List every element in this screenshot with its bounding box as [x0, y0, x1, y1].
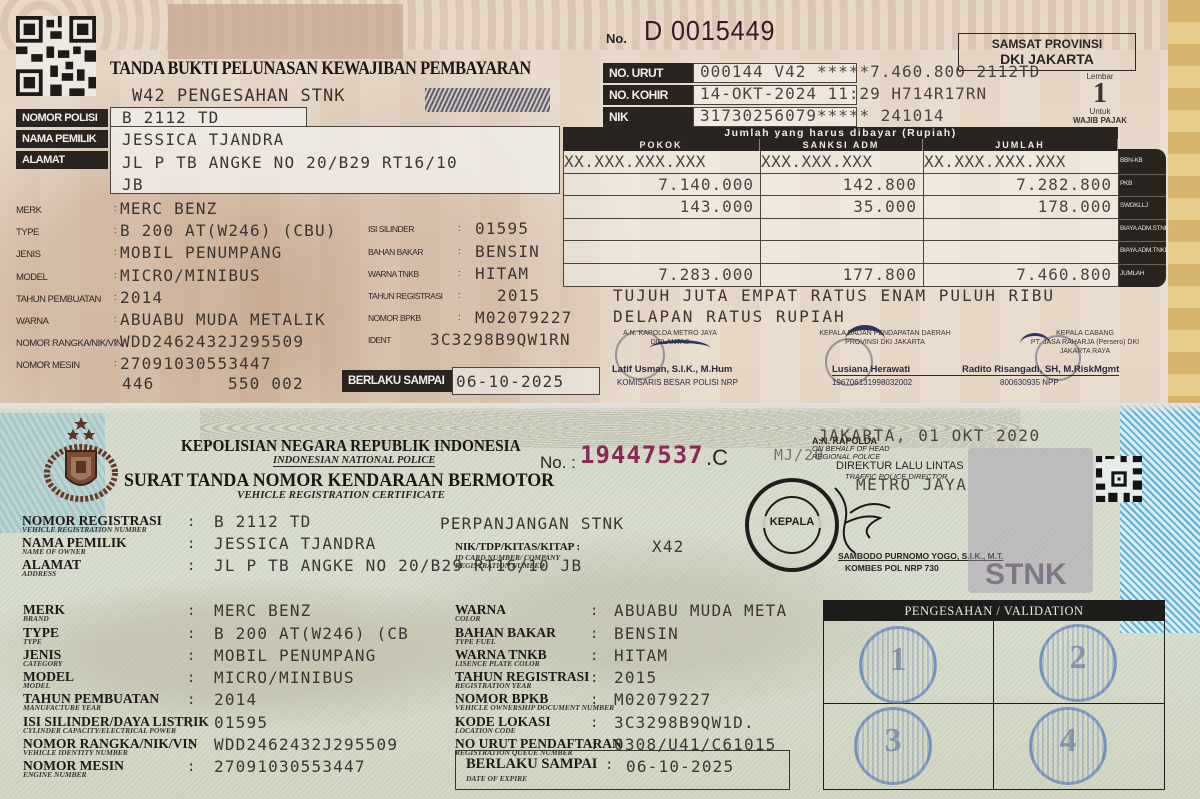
stnk-field-colon: :	[590, 670, 598, 686]
vehicle-value: B 200 AT(W246) (CBU)	[120, 221, 337, 240]
stnk-header-field-value: JESSICA TJANDRA	[214, 534, 377, 553]
vehicle-value: ABUABU MUDA METALIK	[120, 310, 326, 329]
vehicle-label: TAHUN REGISTRASI	[368, 291, 443, 301]
sig3-nrp: 800630935 NPP	[1000, 378, 1059, 387]
stnk-field-value: M02079227	[614, 690, 712, 709]
amount-in-words: TUJUH JUTA EMPAT RATUS ENAM PULUH RIBU D…	[613, 285, 1055, 327]
stnk-field-sublabel: TYPE FUEL	[455, 638, 496, 646]
qr-code-icon	[1096, 456, 1142, 502]
stnk-field-value: 3C3298B9QW1D.	[614, 713, 755, 732]
lembar-bottom1: Untuk	[1070, 107, 1130, 116]
validation-stamp-icon: 3	[854, 707, 932, 785]
payment-cell-jumlah: XX.XXX.XXX.XXX	[924, 151, 1119, 173]
vehicle-value: 27091030553447	[120, 354, 272, 373]
sig3-name: Radito Risangadi, SH, M.RiskMgmt	[962, 364, 1119, 376]
stnk-field-sublabel: VEHICLE IDENTITY NUMBER	[23, 749, 128, 757]
payment-row-label: JUMLAH	[1120, 270, 1144, 277]
row-divider	[1118, 196, 1166, 197]
validation-stamp-icon: 1	[859, 626, 937, 704]
stnk-header-field-colon: :	[187, 558, 195, 574]
certificate-number-suffix: .C	[706, 445, 728, 471]
vehicle-label: TAHUN PEMBUATAN	[16, 294, 101, 305]
vehicle-label: TYPE	[16, 227, 39, 238]
sig3-title: KEPALA CABANG PT. JASA RAHARJA (Persero)…	[1030, 329, 1140, 356]
sig1-name: Latif Usman, S.I.K., M.Hum	[612, 364, 732, 375]
row-divider	[1118, 241, 1166, 242]
stnk-field-value: 2014	[214, 690, 257, 709]
payment-table-header: POKOK SANKSI ADM JUMLAH	[563, 139, 1118, 151]
alamat-value-line2: JB	[122, 175, 144, 194]
payment-cell-jumlah	[924, 241, 1119, 263]
lembar-number: 1	[1070, 81, 1130, 107]
sig2-title2: PROVINSI DKI JAKARTA	[815, 338, 955, 347]
vehicle-value: 01595	[475, 219, 529, 238]
vehicle-value: MERC BENZ	[120, 199, 218, 218]
samsat-line1: SAMSAT PROVINSI	[959, 37, 1135, 51]
stnk-header-field-value: B 2112 TD	[214, 512, 312, 531]
vehicle-colon: :	[114, 203, 116, 214]
vehicle-label: NOMOR BPKB	[368, 313, 421, 323]
col-sanksi: SANKSI ADM	[760, 139, 923, 151]
berlaku-sampai-label: BERLAKU SAMPAI	[342, 370, 452, 392]
doc-number: D 0015449	[644, 15, 775, 47]
vehicle-label: WARNA TNKB	[368, 269, 419, 279]
director-title: DIREKTUR LALU LINTAS	[836, 460, 964, 472]
security-strip	[1168, 0, 1200, 403]
receipt-subtitle: W42 PENGESAHAN STNK	[132, 86, 345, 106]
vehicle-label: NOMOR RANGKA/NIK/VIN	[16, 338, 122, 349]
payment-cell-sanksi	[761, 241, 924, 263]
amount-in-words-line1: TUJUH JUTA EMPAT RATUS ENAM PULUH RIBU	[613, 285, 1055, 306]
sig2-title1: KEPALA BADAN PENDAPATAN DAERAH	[815, 329, 955, 338]
stnk-header-field-value: JL P TB ANGKE NO 20/B29 RT16/10 JB	[214, 556, 582, 575]
payment-table: Jumlah yang harus dibayar (Rupiah) POKOK…	[563, 127, 1166, 287]
stnk-field-sublabel: REGISTRATION YEAR	[455, 682, 531, 690]
stnk-field-value: 01595	[214, 713, 268, 732]
payment-cell-sanksi: 142.800	[761, 174, 924, 196]
stnk-field-colon: :	[187, 626, 195, 642]
certificate-number-label: No. :	[540, 453, 576, 473]
stnk-field-value: MERC BENZ	[214, 601, 312, 620]
payment-cell-jumlah	[924, 219, 1119, 241]
stnk-field-colon: :	[187, 692, 195, 708]
vehicle-label: WARNA	[16, 316, 49, 327]
validation-number: 2	[1042, 639, 1114, 677]
stnk-field-colon: :	[187, 670, 195, 686]
vehicle-colon: :	[114, 358, 116, 369]
stamp-label: KEPALA	[753, 516, 831, 528]
stnk-field-sublabel: BRAND	[23, 615, 49, 623]
signature-icon	[830, 483, 900, 558]
vehicle-label: JENIS	[16, 249, 40, 260]
nik-value: X42	[652, 537, 685, 556]
payment-cell-pokok	[564, 241, 761, 263]
vehicle-value: M02079227	[475, 308, 573, 327]
stnk-field-sublabel: REGISTRATION QUEUE NUMBER	[455, 749, 573, 757]
alamat-value-line1: JL P TB ANGKE NO 20/B29 RT16/10	[122, 153, 458, 172]
vehicle-colon: :	[458, 290, 460, 301]
col-pokok: POKOK	[563, 139, 760, 151]
vehicle-value: 2015	[497, 286, 540, 305]
vehicle-value: 3C3298B9QW1RN	[430, 330, 571, 349]
validation-stamp-icon: 4	[1029, 707, 1107, 785]
doc-number-label: No.	[606, 31, 627, 46]
validation-slot: 3	[824, 704, 994, 789]
vehicle-value: MICRO/MINIBUS	[120, 266, 261, 285]
payment-row	[564, 241, 1119, 264]
validation-title: PENGESAHAN / VALIDATION	[824, 601, 1164, 621]
stnk-field-colon: :	[590, 603, 598, 619]
vehicle-colon: :	[458, 246, 460, 257]
payment-table-title: Jumlah yang harus dibayar (Rupiah)	[563, 127, 1118, 139]
validation-number: 4	[1032, 722, 1104, 760]
payment-cell-pokok: XX.XXX.XXX.XXX	[564, 151, 761, 173]
amount-in-words-line2: DELAPAN RATUS RUPIAH	[613, 306, 1055, 327]
stnk-field-value: HITAM	[614, 646, 668, 665]
police-emblem-icon	[40, 415, 122, 503]
payment-cell-jumlah: 178.000	[924, 196, 1119, 218]
id-value-1: 14-OKT-2024 11:29 H714R17RN	[700, 84, 987, 103]
sig1-title1: A.N. KAPOLDA METRO JAYA	[620, 329, 720, 338]
on-behalf: A.N. KAPOLDA ON BEHALF OF HEAD REGIONAL …	[812, 437, 890, 461]
sig1-title: A.N. KAPOLDA METRO JAYA DIRLANTAS	[620, 329, 720, 347]
payment-cell-jumlah: 7.460.800	[924, 264, 1119, 286]
row-labels: BBN-KBPKBSWDKLLJBIAYA ADM.STNKBIAYA ADM.…	[1118, 149, 1166, 287]
col-jumlah: JUMLAH	[923, 139, 1118, 151]
payment-receipt: TANDA BUKTI PELUNASAN KEWAJIBAN PEMBAYAR…	[0, 0, 1200, 403]
nik-label: NIK/TDP/KITAS/KITAP :	[455, 541, 580, 553]
sig3-title1: KEPALA CABANG	[1030, 329, 1140, 338]
stnk-field-colon: :	[187, 648, 195, 664]
sig2-title: KEPALA BADAN PENDAPATAN DAERAH PROVINSI …	[815, 329, 955, 347]
agency-title-en: INDONESIAN NATIONAL POLICE	[273, 455, 435, 467]
validation-number: 3	[857, 722, 929, 760]
payment-cell-sanksi: 177.800	[761, 264, 924, 286]
stnk-field-sublabel: TYPE	[23, 638, 42, 646]
payment-row-label: SWDKLLJ	[1120, 202, 1148, 209]
stnk-field-sublabel: MODEL	[23, 682, 50, 690]
validation-slot: 1	[824, 621, 994, 704]
stnk-field-value: 0308/U41/C61015	[614, 735, 777, 754]
nama-pemilik-label: NAMA PEMILIK	[16, 130, 108, 148]
vehicle-colon: :	[114, 314, 116, 325]
stnk-field-value: ABUABU MUDA META	[614, 601, 787, 620]
id-value-0: 000144 V42 *****7.460.800 2112TD	[700, 62, 1040, 81]
sig3-title2: PT. JASA RAHARJA (Persero) DKI JAKARTA R…	[1030, 338, 1140, 356]
stnk-field-colon: :	[590, 737, 598, 753]
payment-row: 143.00035.000178.000	[564, 196, 1119, 219]
payment-row-label: PKB	[1120, 180, 1132, 187]
sig2-nrp: 196706131998032002	[832, 378, 912, 387]
vehicle-colon: :	[458, 223, 460, 234]
validation-box: PENGESAHAN / VALIDATION 1234	[823, 600, 1165, 790]
payment-cell-pokok: 7.140.000	[564, 174, 761, 196]
stnk-field-value: B 200 AT(W246) (CB	[214, 624, 409, 643]
stnk-field-colon: :	[187, 603, 195, 619]
vehicle-label: IDENT	[368, 335, 391, 345]
stnk-field-colon: :	[590, 626, 598, 642]
row-divider	[1118, 219, 1166, 220]
payment-cell-jumlah: 7.282.800	[924, 174, 1119, 196]
stnk-field-sublabel: COLOR	[455, 615, 480, 623]
stnk-field-sublabel: LOCATION CODE	[455, 727, 516, 735]
vehicle-label: NOMOR MESIN	[16, 360, 80, 371]
validation-slot: 2	[994, 621, 1165, 704]
stnk-header-field-colon: :	[187, 514, 195, 530]
vehicle-colon: :	[114, 270, 116, 281]
sig2-name: Lusiana Herawati	[832, 364, 970, 376]
stnk-header-field-sublabel: NAME OF OWNER	[22, 548, 86, 556]
payment-cell-pokok	[564, 219, 761, 241]
payment-row	[564, 219, 1119, 242]
stnk-certificate: KEPOLISIAN NEGARA REPUBLIK INDONESIA IND…	[0, 403, 1200, 799]
hologram-text: STNK	[985, 558, 1067, 592]
berlaku-sampai-value: 06-10-2025	[456, 372, 564, 391]
payment-cell-sanksi: 35.000	[761, 196, 924, 218]
lembar-badge: Lembar 1 Untuk WAJIB PAJAK	[1070, 72, 1130, 125]
id-label-1: NO. KOHIR	[603, 85, 693, 105]
payment-cell-sanksi	[761, 219, 924, 241]
stnk-field-sublabel: CYLINDER CAPACITY/ELECTRICAL POWER	[23, 727, 176, 735]
vehicle-colon: :	[458, 268, 460, 279]
payment-cell-pokok: 143.000	[564, 196, 761, 218]
stnk-field-colon: :	[590, 692, 598, 708]
paper-edge	[0, 403, 1200, 413]
stnk-header-field-sublabel: ADDRESS	[22, 570, 56, 578]
alamat-label: ALAMAT	[16, 151, 108, 169]
nomor-polisi-value: B 2112 TD	[122, 108, 220, 127]
lembar-bottom2: WAJIB PAJAK	[1070, 116, 1130, 125]
vehicle-colon: :	[458, 312, 460, 323]
stnk-field-value: BENSIN	[614, 624, 679, 643]
stnk-field-colon: :	[187, 759, 195, 775]
status-value: PERPANJANGAN STNK	[440, 514, 624, 533]
payment-row: XX.XXX.XXX.XXXXXX.XXX.XXXXX.XXX.XXX.XXX	[564, 151, 1119, 174]
stnk-field-sublabel: CATEGORY	[23, 660, 62, 668]
stnk-field-colon: :	[187, 737, 195, 753]
vehicle-value: BENSIN	[475, 242, 540, 261]
qr-code-icon	[16, 16, 96, 96]
expiry-value: 06-10-2025	[626, 757, 734, 776]
payment-grid: XX.XXX.XXX.XXXXXX.XXX.XXXXX.XXX.XXX.XXX7…	[563, 151, 1118, 287]
official-stamp: KEPALA	[745, 478, 839, 572]
payment-row-label: BIAYA ADM.TNKB	[1120, 247, 1169, 254]
validation-slot: 4	[994, 704, 1165, 789]
nomor-polisi-label: NOMOR POLISI	[16, 109, 108, 127]
payment-row-label: BBN-KB	[1120, 157, 1142, 164]
validation-number: 1	[862, 641, 934, 679]
vehicle-label: MODEL	[16, 272, 47, 283]
nama-pemilik-value: JESSICA TJANDRA	[122, 130, 285, 149]
receipt-title: TANDA BUKTI PELUNASAN KEWAJIBAN PEMBAYAR…	[110, 58, 531, 80]
id-value-2: 31730256079***** 241014	[700, 106, 945, 125]
stnk-header-field-sublabel: VEHICLE REGISTRATION NUMBER	[22, 526, 147, 534]
stnk-field-value: WDD2462432J295509	[214, 735, 398, 754]
payment-row-label: BIAYA ADM.STNK	[1120, 225, 1169, 232]
row-divider	[1118, 174, 1166, 175]
stnk-field-colon: :	[590, 715, 598, 731]
id-label-0: NO. URUT	[603, 63, 693, 83]
stnk-field-value: 2015	[614, 668, 657, 687]
vehicle-colon: :	[114, 225, 116, 236]
vehicle-colon: :	[114, 292, 116, 303]
certificate-number: 19447537	[580, 441, 704, 469]
stnk-field-sublabel: ENGINE NUMBER	[23, 771, 87, 779]
agency-title: KEPOLISIAN NEGARA REPUBLIK INDONESIA	[181, 436, 521, 456]
stnk-header-field-colon: :	[187, 536, 195, 552]
stnk-field-value: MICRO/MINIBUS	[214, 668, 355, 687]
vehicle-colon: :	[114, 336, 116, 347]
redacted-barcode	[425, 88, 550, 112]
stnk-field-value: MOBIL PENUMPANG	[214, 646, 377, 665]
stnk-field-sublabel: MANUFACTURE YEAR	[23, 704, 101, 712]
vehicle-label: BAHAN BAKAR	[368, 247, 423, 257]
extra-code-2: 550 002	[228, 374, 304, 393]
ornament-block	[168, 4, 403, 59]
stnk-field-colon: :	[187, 715, 195, 731]
vehicle-value: HITAM	[475, 264, 529, 283]
row-divider	[1118, 264, 1166, 265]
vehicle-label: ISI SILINDER	[368, 224, 414, 234]
stnk-field-value: 27091030553447	[214, 757, 366, 776]
expiry-label: BERLAKU SAMPAI	[466, 758, 597, 770]
payment-cell-pokok: 7.283.000	[564, 264, 761, 286]
payment-row: 7.140.000142.8007.282.800	[564, 174, 1119, 197]
vehicle-value: 2014	[120, 288, 163, 307]
extra-code-1: 446	[122, 374, 155, 393]
signer-rank: KOMBES POL NRP 730	[845, 563, 939, 573]
payment-row: 7.283.000177.8007.460.800	[564, 264, 1119, 287]
stnk-field-sublabel: LISENCE PLATE COLOR	[455, 660, 540, 668]
stnk-field-colon: :	[590, 648, 598, 664]
certificate-title-en: VEHICLE REGISTRATION CERTIFICATE	[237, 489, 445, 501]
expiry-sublabel: DATE OF EXPIRE	[466, 775, 527, 783]
security-pattern-right	[1120, 403, 1200, 633]
validation-stamp-icon: 2	[1039, 624, 1117, 702]
expiry-colon: :	[605, 757, 613, 773]
payment-cell-sanksi: XXX.XXX.XXX	[761, 151, 924, 173]
sig1-title2: DIRLANTAS	[620, 338, 720, 347]
id-label-2: NIK	[603, 107, 693, 127]
vehicle-value: MOBIL PENUMPANG	[120, 243, 283, 262]
sig1-nrp: KOMISARIS BESAR POLISI NRP	[617, 378, 738, 387]
vehicle-colon: :	[114, 247, 116, 258]
vehicle-value: WDD2462432J295509	[120, 332, 304, 351]
vehicle-label: MERK	[16, 205, 41, 216]
